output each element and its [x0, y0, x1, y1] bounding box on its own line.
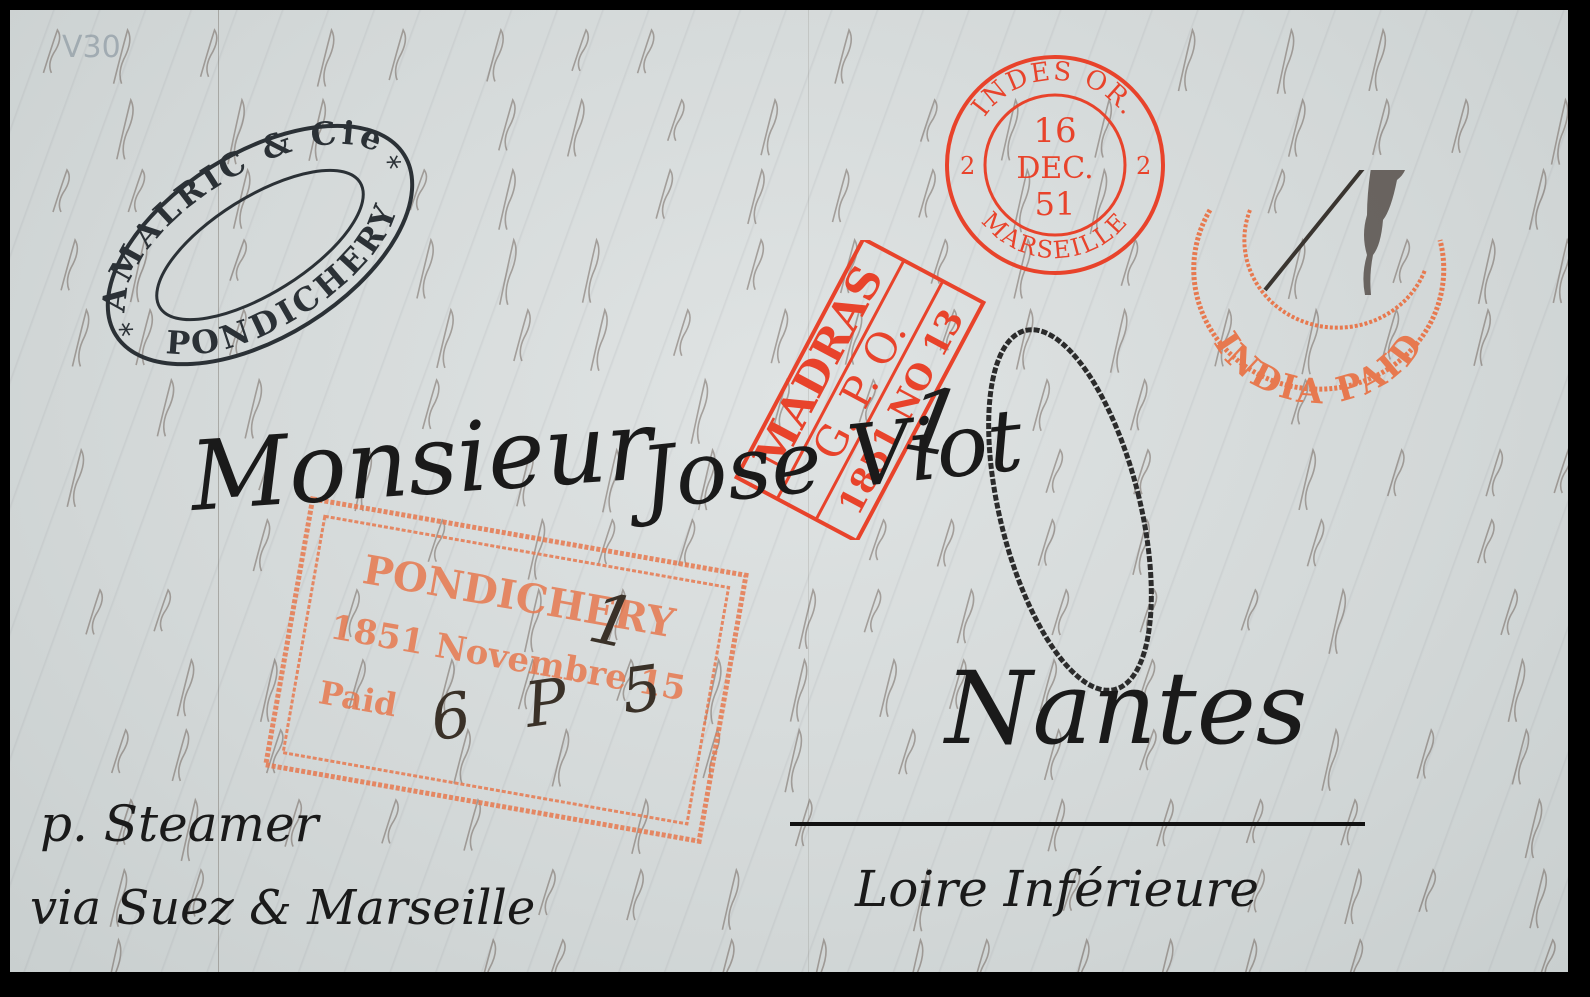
routing-line1: p. Steamer: [40, 795, 318, 853]
cover-paper: V30 AMALRIC & Cie PONDICHERY *: [10, 10, 1568, 972]
svg-text:Paid: Paid: [316, 673, 400, 724]
svg-text:16: 16: [1033, 111, 1076, 151]
svg-text:AMALRIC & Cie: AMALRIC & Cie: [80, 85, 404, 331]
routing-line2: via Suez & Marseille: [30, 880, 535, 936]
address-department: Loire Inférieure: [855, 860, 1259, 918]
svg-text:*: *: [113, 316, 144, 354]
svg-text:DEC.: DEC.: [1016, 151, 1093, 186]
address-underline: [790, 822, 1365, 826]
svg-text:INDIA PAID: INDIA PAID: [1206, 324, 1433, 413]
svg-text:2: 2: [1136, 152, 1151, 180]
india-paid-handstamp: INDIA PAID: [1170, 170, 1470, 450]
address-city: Nantes: [945, 650, 1307, 767]
sender-handstamp: AMALRIC & Cie PONDICHERY * * AMALRIC & C…: [80, 85, 440, 405]
svg-text:51: 51: [1035, 185, 1076, 223]
svg-text:2: 2: [960, 152, 975, 180]
photo-frame: V30 AMALRIC & Cie PONDICHERY *: [0, 0, 1590, 997]
